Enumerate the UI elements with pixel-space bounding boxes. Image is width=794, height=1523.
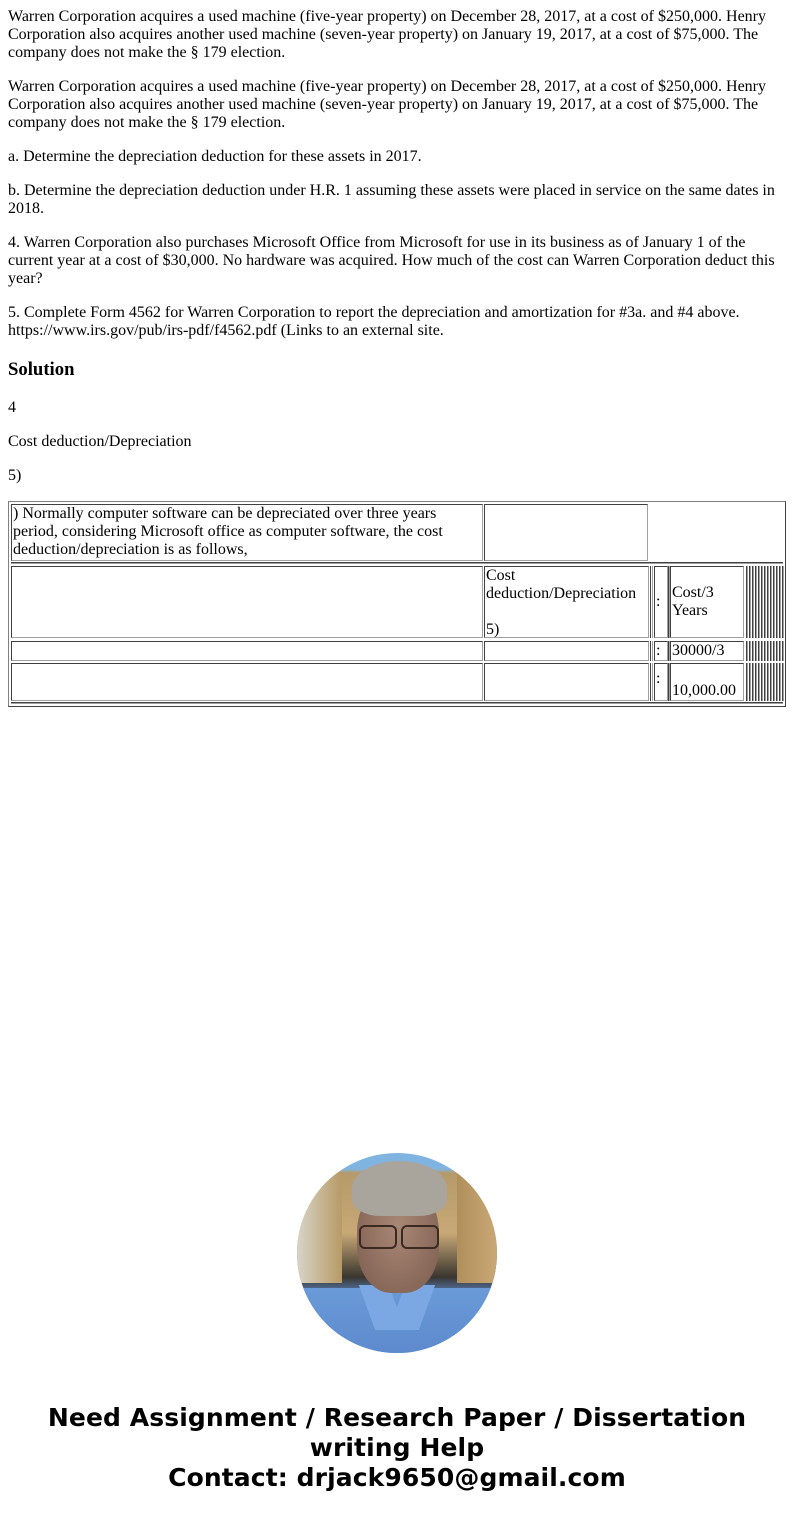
empty-cell <box>770 641 772 661</box>
empty-cell <box>776 641 778 661</box>
solution-heading: Solution <box>8 359 74 381</box>
empty-cell <box>749 566 751 638</box>
table-empty-cell <box>11 641 483 661</box>
empty-cell <box>746 641 748 661</box>
empty-cell <box>782 641 784 661</box>
empty-cell <box>773 566 775 638</box>
empty-cell <box>749 641 751 661</box>
row-divider <box>11 562 783 564</box>
empty-cell <box>752 566 754 638</box>
empty-cell <box>755 663 757 701</box>
question-part-a: a. Determine the depreciation deduction … <box>8 148 786 166</box>
author-avatar <box>297 1153 497 1353</box>
empty-cell <box>752 663 754 701</box>
table-sep-cell: : <box>654 566 668 638</box>
table-value: Cost/3 Years <box>672 584 722 620</box>
empty-cell <box>755 641 757 661</box>
empty-cell <box>746 663 748 701</box>
empty-cell <box>761 566 763 638</box>
table-empty-cell <box>11 663 483 701</box>
solution-line: Cost deduction/Depreciation <box>8 433 786 451</box>
solution-line: 5) <box>8 467 786 485</box>
empty-cell <box>782 663 784 701</box>
empty-cell <box>782 566 784 638</box>
empty-cell <box>767 663 769 701</box>
promo-line: Need Assignment / Research Paper / Disse… <box>0 1403 794 1433</box>
promo-contact: Contact: drjack9650@gmail.com <box>0 1463 794 1493</box>
table-intro-text: ) Normally computer software can be depr… <box>13 505 443 558</box>
table-empty-cell <box>484 641 649 661</box>
empty-cell <box>755 566 757 638</box>
table-sliver <box>650 663 653 701</box>
solution-line: 4 <box>8 399 786 417</box>
empty-cell <box>767 566 769 638</box>
table-sep-cell: : <box>654 663 668 701</box>
empty-cell <box>773 663 775 701</box>
empty-cell <box>779 663 781 701</box>
question-4: 4. Warren Corporation also purchases Mic… <box>8 234 786 288</box>
empty-cell <box>758 566 760 638</box>
table-label-text: Cost deduction/Depreciation <box>486 567 636 603</box>
empty-cell <box>746 566 748 638</box>
table-sliver <box>650 566 653 638</box>
empty-cell <box>770 663 772 701</box>
empty-cell <box>767 641 769 661</box>
empty-cell <box>764 566 766 638</box>
separator: : <box>656 670 660 687</box>
empty-cell <box>773 641 775 661</box>
question-paragraph: Warren Corporation acquires a used machi… <box>8 78 786 132</box>
promo-line: writing Help <box>0 1433 794 1463</box>
table-value-cell: 10,000.00 <box>670 663 744 701</box>
promo-banner: Need Assignment / Research Paper / Disse… <box>0 1403 794 1493</box>
table-label-cell: Cost deduction/Depreciation 5) <box>484 566 649 638</box>
empty-cell <box>761 663 763 701</box>
table-intro-cell: ) Normally computer software can be depr… <box>11 504 483 561</box>
empty-cell <box>770 566 772 638</box>
table-empty-cell <box>11 566 483 638</box>
table-value: 10,000.00 <box>672 682 736 700</box>
table-value-cell: 30000/3 <box>670 641 744 661</box>
question-5: 5. Complete Form 4562 for Warren Corpora… <box>8 304 786 340</box>
empty-cell <box>779 566 781 638</box>
empty-cell <box>764 641 766 661</box>
table-sliver <box>650 641 653 661</box>
table-value-cell: Cost/3 Years <box>670 566 744 638</box>
empty-cell <box>779 641 781 661</box>
empty-cell <box>752 641 754 661</box>
table-empty-cell <box>484 504 648 561</box>
table-label-number: 5) <box>486 621 647 639</box>
separator: : <box>656 593 660 611</box>
empty-cell <box>758 641 760 661</box>
empty-cell <box>776 566 778 638</box>
empty-cell <box>758 663 760 701</box>
empty-cell <box>764 663 766 701</box>
question-paragraph: Warren Corporation acquires a used machi… <box>8 8 786 62</box>
row-divider <box>11 702 783 704</box>
table-empty-cell <box>484 663 649 701</box>
empty-cell <box>776 663 778 701</box>
table-sep-cell: : <box>654 641 668 661</box>
empty-cell <box>761 641 763 661</box>
empty-cell <box>749 663 751 701</box>
separator: : <box>656 642 660 659</box>
question-part-b: b. Determine the depreciation deduction … <box>8 182 786 218</box>
table-value: 30000/3 <box>672 642 724 659</box>
